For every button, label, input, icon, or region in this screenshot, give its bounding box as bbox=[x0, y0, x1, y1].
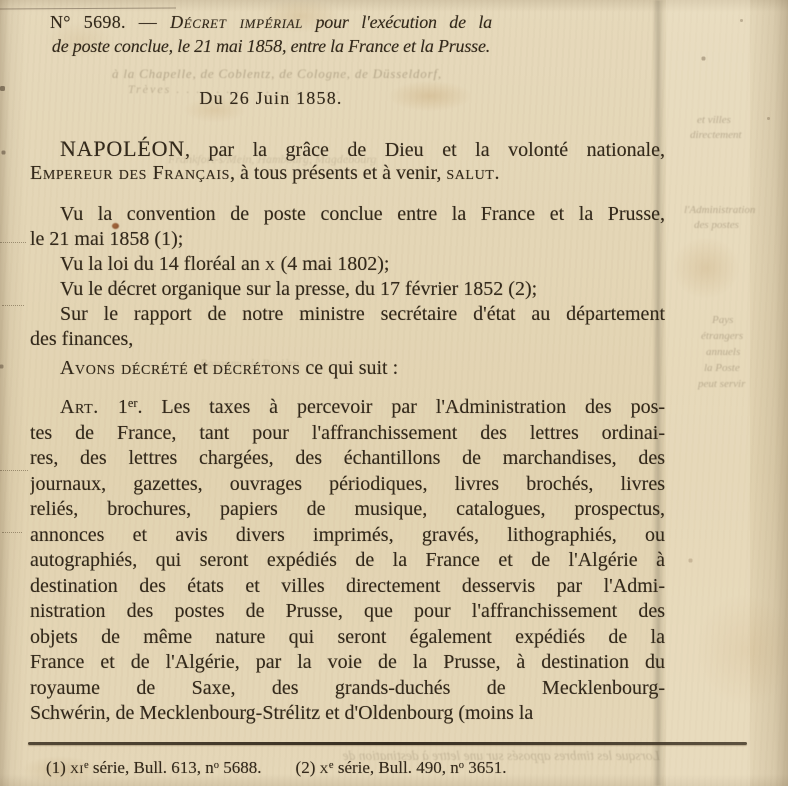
text-segment: annonces et avis divers imprimés, gravés… bbox=[30, 524, 665, 546]
text-segment: o bbox=[459, 760, 464, 771]
text-segment: Vu le décret organique sur la presse, du… bbox=[60, 278, 537, 300]
paragraph-vu3: Vu le décret organique sur la presse, du… bbox=[30, 277, 665, 302]
text-segment: destination des états et villes directem… bbox=[30, 575, 665, 597]
text-line: Vu le décret organique sur la presse, du… bbox=[30, 277, 665, 302]
text-line: nistration des postes de Prusse, que pou… bbox=[30, 599, 665, 625]
bleed-through-dots bbox=[2, 305, 24, 306]
paragraph-vu1: Vu la convention de poste conclue entre … bbox=[30, 202, 665, 252]
document-content: N° 5698. — Décret impérial pour l'exécut… bbox=[30, 0, 665, 782]
text-segment: er bbox=[128, 396, 138, 410]
text-line: Vu la loi du 14 floréal an x (4 mai 1802… bbox=[30, 252, 665, 277]
text-line: Avons décrété et décrétons ce qui suit : bbox=[30, 356, 665, 381]
paper-specks bbox=[0, 0, 1, 1]
footnotes: (1) xie série, Bull. 613, no 5688.(2) xe… bbox=[30, 757, 665, 782]
text-segment: Vu la convention de poste conclue entre … bbox=[60, 203, 665, 225]
paragraph-art1: Art. 1er. Les taxes à percevoir par l'Ad… bbox=[30, 395, 665, 727]
text-line: France et de l'Algérie, par la voie de l… bbox=[30, 650, 665, 676]
text-segment: royaume de Saxe, des grands-duchés de Me… bbox=[30, 677, 665, 699]
footnote-1: (1) xie série, Bull. 613, no 5688. bbox=[46, 758, 262, 777]
bleed-through-text: la Poste bbox=[704, 362, 740, 374]
text-line: tes de France, tant pour l'affranchissem… bbox=[30, 421, 665, 447]
bleed-through-dots bbox=[2, 532, 22, 533]
text-segment: des finances, bbox=[30, 328, 133, 350]
text-segment: res, des lettres chargées, des échantill… bbox=[30, 447, 665, 469]
decree-date-line: Du 26 Juin 1858. bbox=[50, 86, 492, 110]
text-line: Vu la convention de poste conclue entre … bbox=[30, 202, 665, 227]
bleed-through-text: peut servir bbox=[698, 378, 745, 390]
text-segment: le 21 mai 1858 (1); bbox=[30, 228, 183, 250]
text-segment: Décret impérial bbox=[170, 12, 303, 32]
bleed-through-text: directement bbox=[690, 129, 742, 141]
bleed-through-dots bbox=[0, 242, 26, 243]
text-segment: ce qui suit : bbox=[300, 357, 398, 379]
text-segment: reliés, brochures, papiers de musique, c… bbox=[30, 498, 665, 520]
text-segment: o bbox=[214, 760, 219, 771]
text-segment: , à tous présents et à venir, bbox=[230, 162, 446, 184]
text-segment: Sur le rapport de notre ministre secréta… bbox=[60, 303, 665, 325]
text-segment: Avons décrété bbox=[60, 357, 188, 379]
text-segment: objets de même nature qui seront égaleme… bbox=[30, 626, 665, 648]
bleed-through-text: et villes bbox=[697, 114, 731, 126]
bleed-through-dots bbox=[0, 470, 28, 471]
paragraph-vu2: Vu la loi du 14 floréal an x (4 mai 1802… bbox=[30, 252, 665, 277]
text-segment: 5688. bbox=[219, 758, 262, 777]
bleed-through-text: annuels bbox=[706, 346, 740, 358]
text-line: journaux, gazettes, ouvrages périodiques… bbox=[30, 472, 665, 498]
paragraph-opening: NAPOLÉON, par la grâce de Dieu et la vol… bbox=[30, 136, 665, 186]
text-line: annonces et avis divers imprimés, gravés… bbox=[30, 523, 665, 549]
text-segment: x bbox=[265, 253, 276, 275]
text-segment: e bbox=[84, 760, 89, 771]
text-line: autographiés, qui seront expédiés de la … bbox=[30, 548, 665, 574]
text-line: Art. 1er. Les taxes à percevoir par l'Ad… bbox=[30, 395, 665, 421]
text-segment: Empereur des Français bbox=[30, 162, 230, 184]
text-segment: autographiés, qui seront expédiés de la … bbox=[30, 549, 665, 571]
text-line: Schwérin, de Mecklenbourg-Strélitz et d'… bbox=[30, 701, 665, 727]
document-header: N° 5698. — Décret impérial pour l'exécut… bbox=[50, 10, 492, 58]
text-segment: Schwérin, de Mecklenbourg-Strélitz et d'… bbox=[30, 702, 533, 724]
text-segment: série, Bull. 490, n bbox=[334, 758, 459, 777]
bleed-through-text: Pays bbox=[712, 314, 733, 326]
text-segment: et bbox=[188, 357, 212, 379]
text-segment: journaux, gazettes, ouvrages périodiques… bbox=[30, 473, 665, 495]
text-line: reliés, brochures, papiers de musique, c… bbox=[30, 497, 665, 523]
text-segment: décrétons bbox=[213, 357, 301, 379]
header-title-line-1: N° 5698. — Décret impérial pour l'exécut… bbox=[50, 10, 492, 34]
text-segment: x bbox=[320, 758, 329, 777]
text-line: Sur le rapport de notre ministre secréta… bbox=[30, 302, 665, 327]
scanned-document-page: à la Chapelle, de Coblentz, de Cologne, … bbox=[0, 0, 788, 786]
text-segment: 1 bbox=[99, 396, 128, 418]
bleed-through-text: l'Administration bbox=[684, 204, 755, 216]
text-line: des finances, bbox=[30, 327, 665, 352]
paragraph-avons: Avons décrété et décrétons ce qui suit : bbox=[30, 356, 665, 381]
text-line: objets de même nature qui seront égaleme… bbox=[30, 625, 665, 651]
text-line: NAPOLÉON, par la grâce de Dieu et la vol… bbox=[30, 136, 665, 161]
text-segment: . bbox=[494, 162, 499, 184]
text-segment: (1) bbox=[46, 758, 70, 777]
footnote-separator-rule bbox=[28, 742, 747, 745]
text-segment: tes de France, tant pour l'affranchissem… bbox=[30, 422, 665, 444]
decree-body: NAPOLÉON, par la grâce de Dieu et la vol… bbox=[30, 136, 665, 727]
header-title-line-2: de poste conclue, le 21 mai 1858, entre … bbox=[50, 34, 492, 58]
footnote-2: (2) xe série, Bull. 490, no 3651. bbox=[296, 758, 507, 777]
text-segment: 3651. bbox=[464, 758, 507, 777]
text-segment: (2) bbox=[296, 758, 320, 777]
text-segment: France et de l'Algérie, par la voie de l… bbox=[30, 651, 665, 673]
text-line: Empereur des Français, à tous présents e… bbox=[30, 161, 665, 186]
text-segment: NAPOLÉON bbox=[60, 136, 185, 161]
text-segment: salut bbox=[446, 162, 494, 184]
text-line: royaume de Saxe, des grands-duchés de Me… bbox=[30, 676, 665, 702]
bleed-through-text: des postes bbox=[694, 219, 739, 231]
text-segment: nistration des postes de Prusse, que pou… bbox=[30, 600, 665, 622]
text-line: res, des lettres chargées, des échantill… bbox=[30, 446, 665, 472]
paragraph-sur: Sur le rapport de notre ministre secréta… bbox=[30, 302, 665, 352]
text-segment: e bbox=[329, 760, 334, 771]
text-line: le 21 mai 1858 (1); bbox=[30, 227, 665, 252]
text-segment: Art. bbox=[60, 396, 99, 418]
text-line: destination des états et villes directem… bbox=[30, 574, 665, 600]
text-segment: xi bbox=[70, 758, 84, 777]
text-segment: Vu la loi du 14 floréal an bbox=[60, 253, 265, 275]
text-segment: de poste conclue, le 21 mai 1858, entre … bbox=[52, 36, 490, 56]
text-segment: N° 5698. — bbox=[50, 12, 170, 32]
text-segment: série, Bull. 613, n bbox=[89, 758, 214, 777]
text-segment: , par la grâce de Dieu et la volonté nat… bbox=[185, 139, 665, 161]
bleed-through-text: étrangers bbox=[701, 330, 743, 342]
text-segment: (4 mai 1802); bbox=[276, 253, 390, 275]
text-segment: . Les taxes à percevoir par l'Administra… bbox=[137, 396, 665, 418]
